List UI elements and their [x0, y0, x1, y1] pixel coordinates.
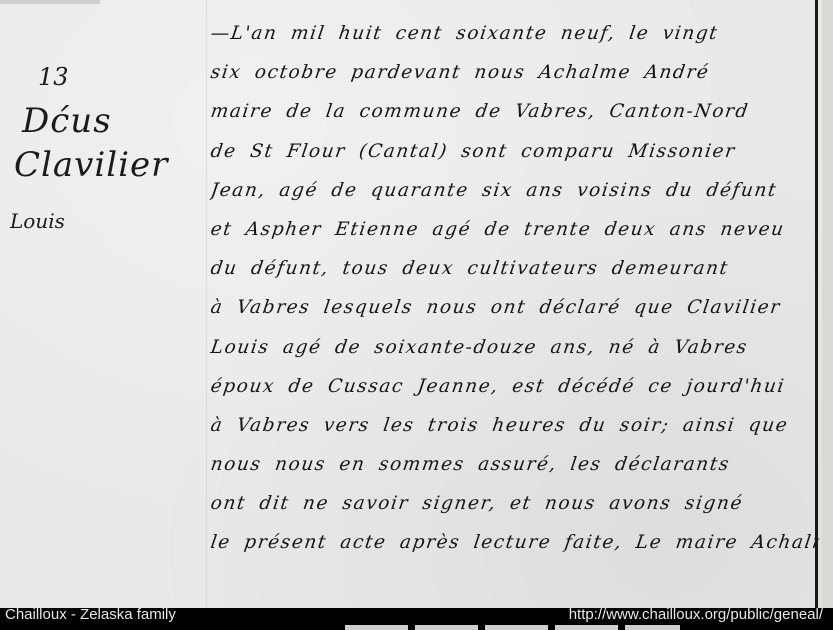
record-line: à Vabres lesquels nous ont déclaré que C…: [208, 288, 822, 327]
entry-number: 13: [38, 62, 198, 92]
thumbnail[interactable]: [555, 625, 618, 630]
caption-bar: Chailloux - Żelaska family http://www.ch…: [0, 608, 833, 630]
source-url-link[interactable]: http://www.chailloux.org/public/geneal/: [569, 608, 823, 622]
margin-name-line-1: Dćus: [22, 100, 198, 142]
record-line: époux de Cussac Jeanne, est décédé ce jo…: [208, 367, 822, 406]
thumbnail[interactable]: [625, 625, 680, 630]
thumbnail[interactable]: [485, 625, 548, 630]
margin-given-name: Louis: [10, 208, 198, 234]
thumbnail[interactable]: [415, 625, 478, 630]
record-line: Jean, agé de quarante six ans voisins du…: [208, 171, 822, 210]
record-line: maire de la commune de Vabres, Canton-No…: [208, 92, 822, 131]
record-line: du défunt, tous deux cultivateurs demeur…: [208, 249, 822, 288]
family-caption: Chailloux - Żelaska family: [5, 608, 176, 622]
record-line-signature: le présent acte après lecture faite, Le …: [208, 523, 822, 562]
thumbnail-strip: [345, 625, 680, 630]
margin-note: 13 Dćus Clavilier Louis: [8, 62, 198, 234]
thumbnail[interactable]: [345, 625, 408, 630]
record-line: —L'an mil huit cent soixante neuf, le vi…: [208, 14, 822, 53]
record-line: à Vabres vers les trois heures du soir; …: [208, 406, 822, 445]
margin-surname: Clavilier: [14, 144, 198, 186]
margin-rule-line: [206, 0, 207, 608]
scanned-register-page: 13 Dćus Clavilier Louis —L'an mil huit c…: [0, 0, 833, 608]
record-line: ont dit ne savoir signer, et nous avons …: [208, 484, 822, 523]
record-line: et Aspher Etienne agé de trente deux ans…: [208, 210, 822, 249]
record-line: Louis agé de soixante-douze ans, né à Va…: [208, 328, 822, 367]
record-line: nous nous en sommes assuré, les déclaran…: [208, 445, 822, 484]
page-edge: [822, 0, 833, 608]
record-line: six octobre pardevant nous Achalme André: [208, 53, 822, 92]
scan-edge-shadow: [0, 0, 100, 4]
record-body: —L'an mil huit cent soixante neuf, le vi…: [208, 14, 816, 563]
record-line: de St Flour (Cantal) sont comparu Misson…: [208, 132, 822, 171]
